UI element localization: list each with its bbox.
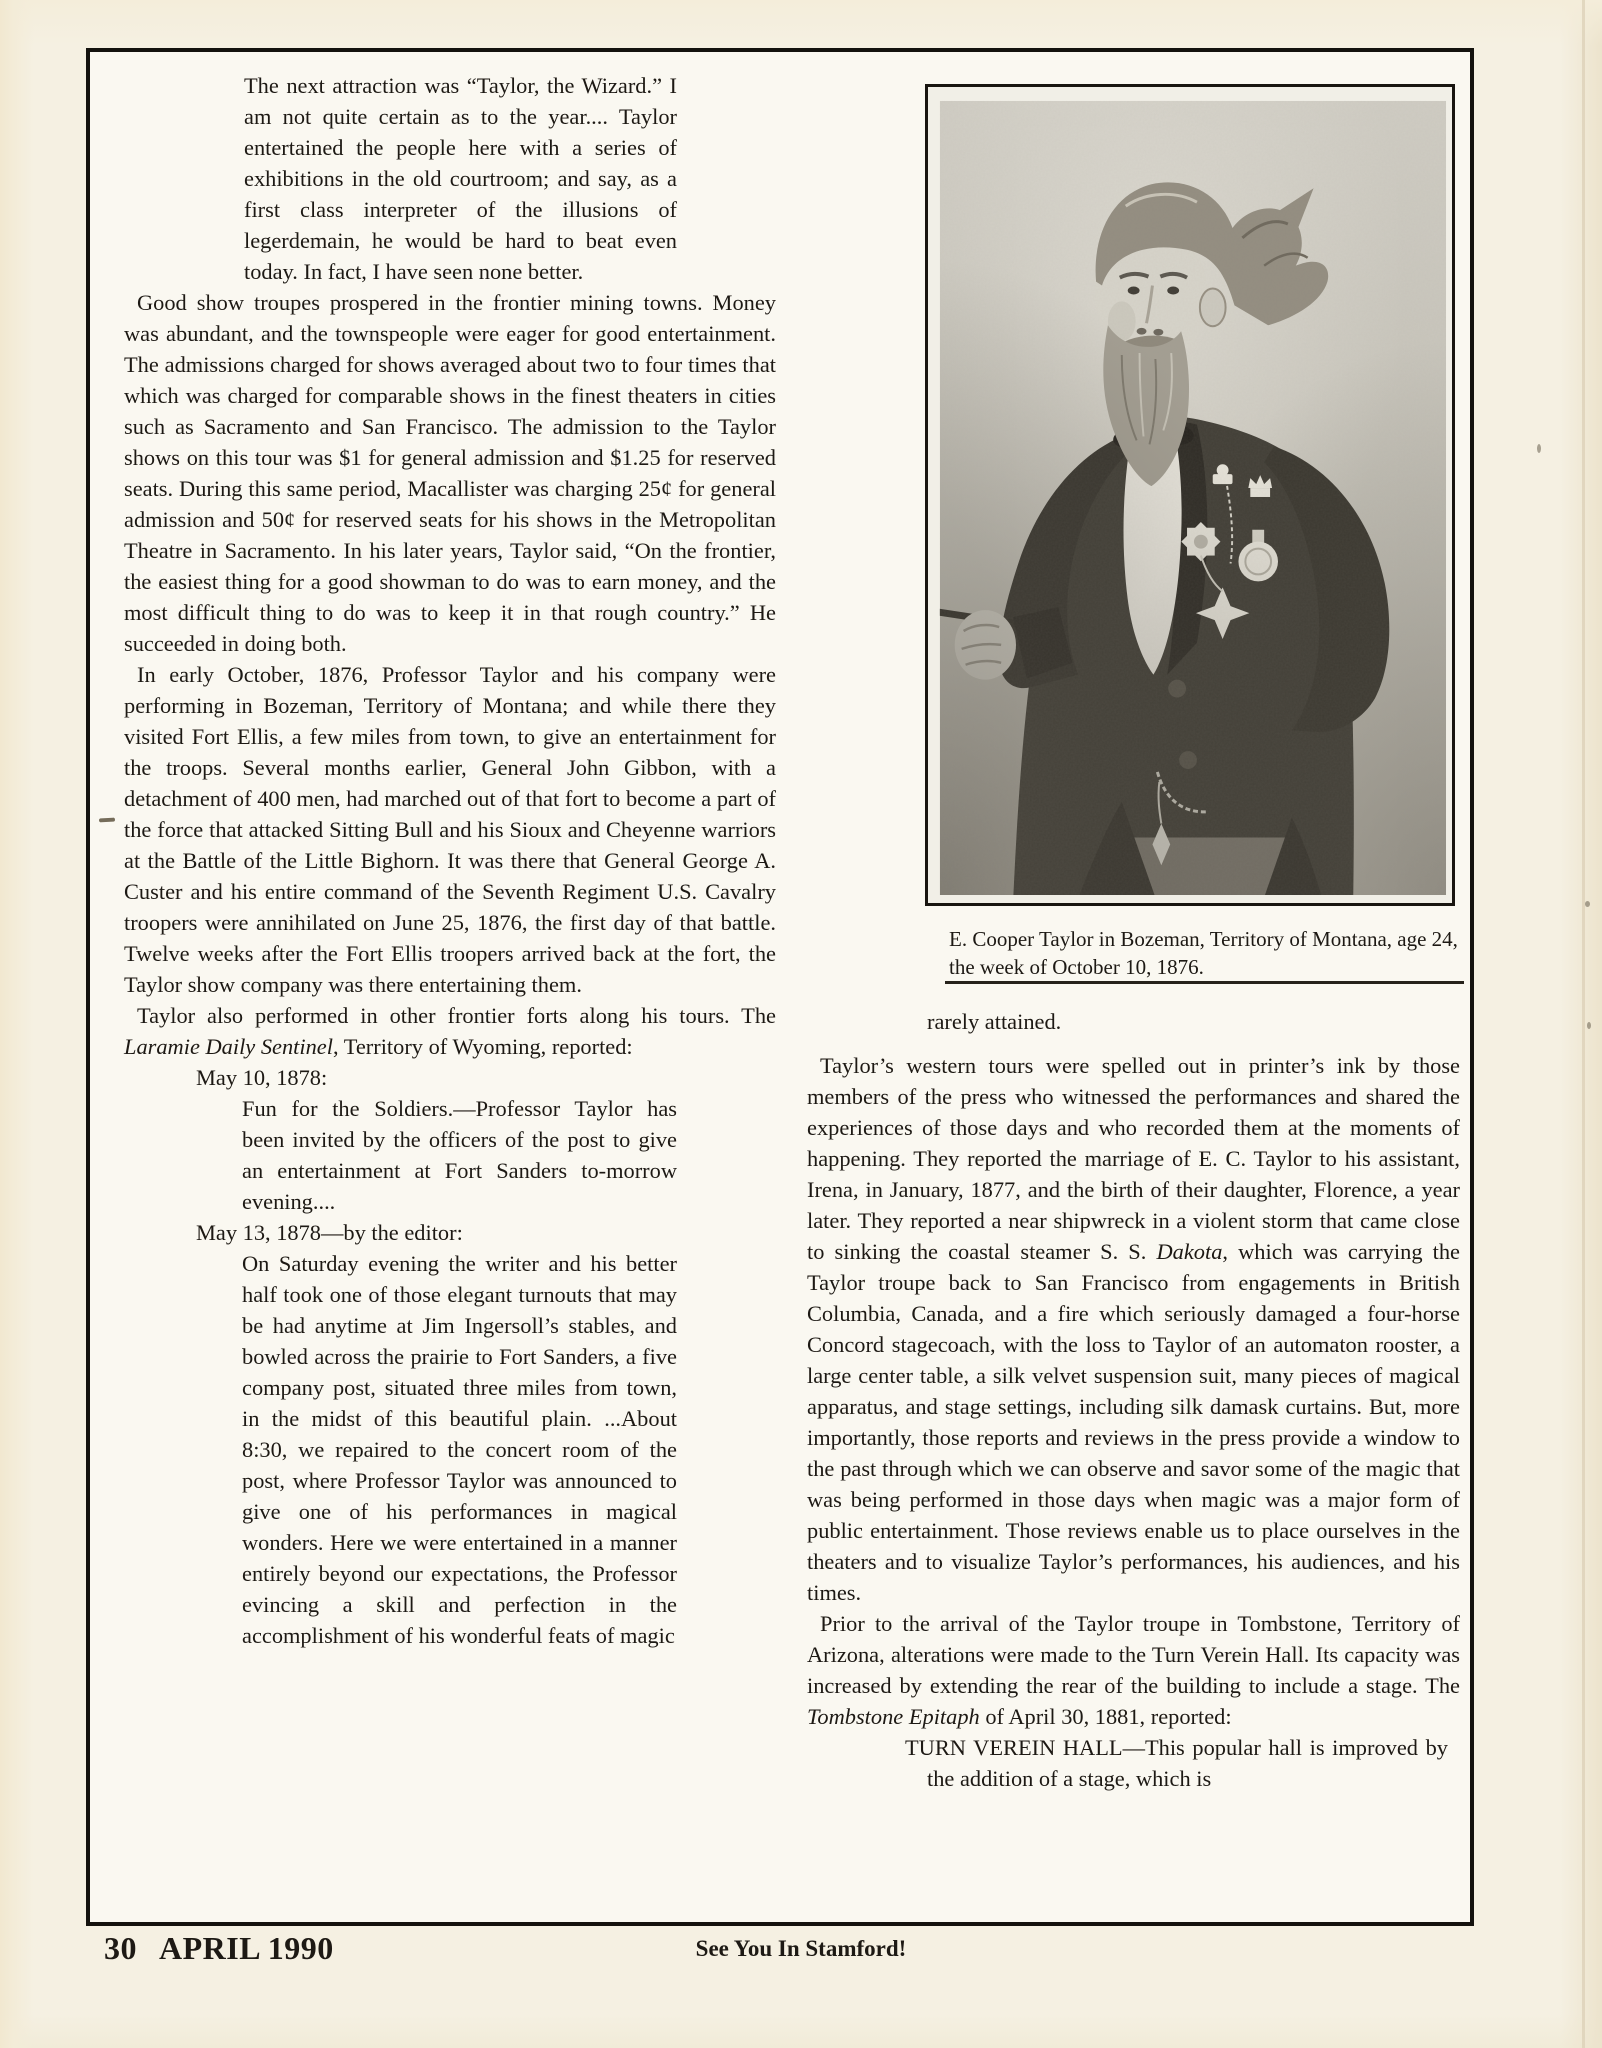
margin-dash-artifact	[99, 818, 115, 823]
quote-continuation: rarely attained.	[927, 1006, 1460, 1037]
dateline-may-10: May 10, 1878:	[196, 1062, 776, 1093]
footer-center-note: See You In Stamford!	[0, 1936, 1602, 1962]
portrait-photo-illustration	[928, 87, 1452, 903]
paragraph-taylor-also: Taylor also performed in other frontier …	[124, 1000, 776, 1062]
opening-quote-block: The next attraction was “Taylor, the Wiz…	[244, 70, 677, 287]
paragraph-western-tours: Taylor’s western tours were spelled out …	[807, 1050, 1460, 1608]
right-column-text: rarely attained. Taylor’s western tours …	[807, 1006, 1460, 1794]
paragraph-early-october: In early October, 1876, Professor Taylor…	[124, 659, 776, 1000]
quote-on-saturday: On Saturday evening the writer and his b…	[242, 1248, 677, 1651]
scan-speck	[1585, 901, 1590, 907]
magazine-page: The next attraction was “Taylor, the Wiz…	[0, 0, 1602, 2048]
scan-speck	[1587, 1022, 1591, 1029]
quote-fun-for-soldiers: Fun for the Soldiers.—Professor Taylor h…	[242, 1093, 677, 1217]
quote-turn-verein: TURN VEREIN HALL—This popular hall is im…	[927, 1732, 1448, 1794]
left-column: The next attraction was “Taylor, the Wiz…	[124, 70, 776, 1651]
scan-crease-artifact	[1582, 0, 1585, 2048]
portrait-photo	[925, 84, 1455, 906]
scan-speck	[1537, 444, 1541, 453]
photo-caption: E. Cooper Taylor in Bozeman, Territory o…	[949, 925, 1469, 981]
dateline-may-13: May 13, 1878—by the editor:	[196, 1217, 776, 1248]
caption-rule	[945, 981, 1464, 984]
paragraph-prior-arrival: Prior to the arrival of the Taylor troup…	[807, 1608, 1460, 1732]
paragraph-good-show-troupes: Good show troupes prospered in the front…	[124, 287, 776, 659]
